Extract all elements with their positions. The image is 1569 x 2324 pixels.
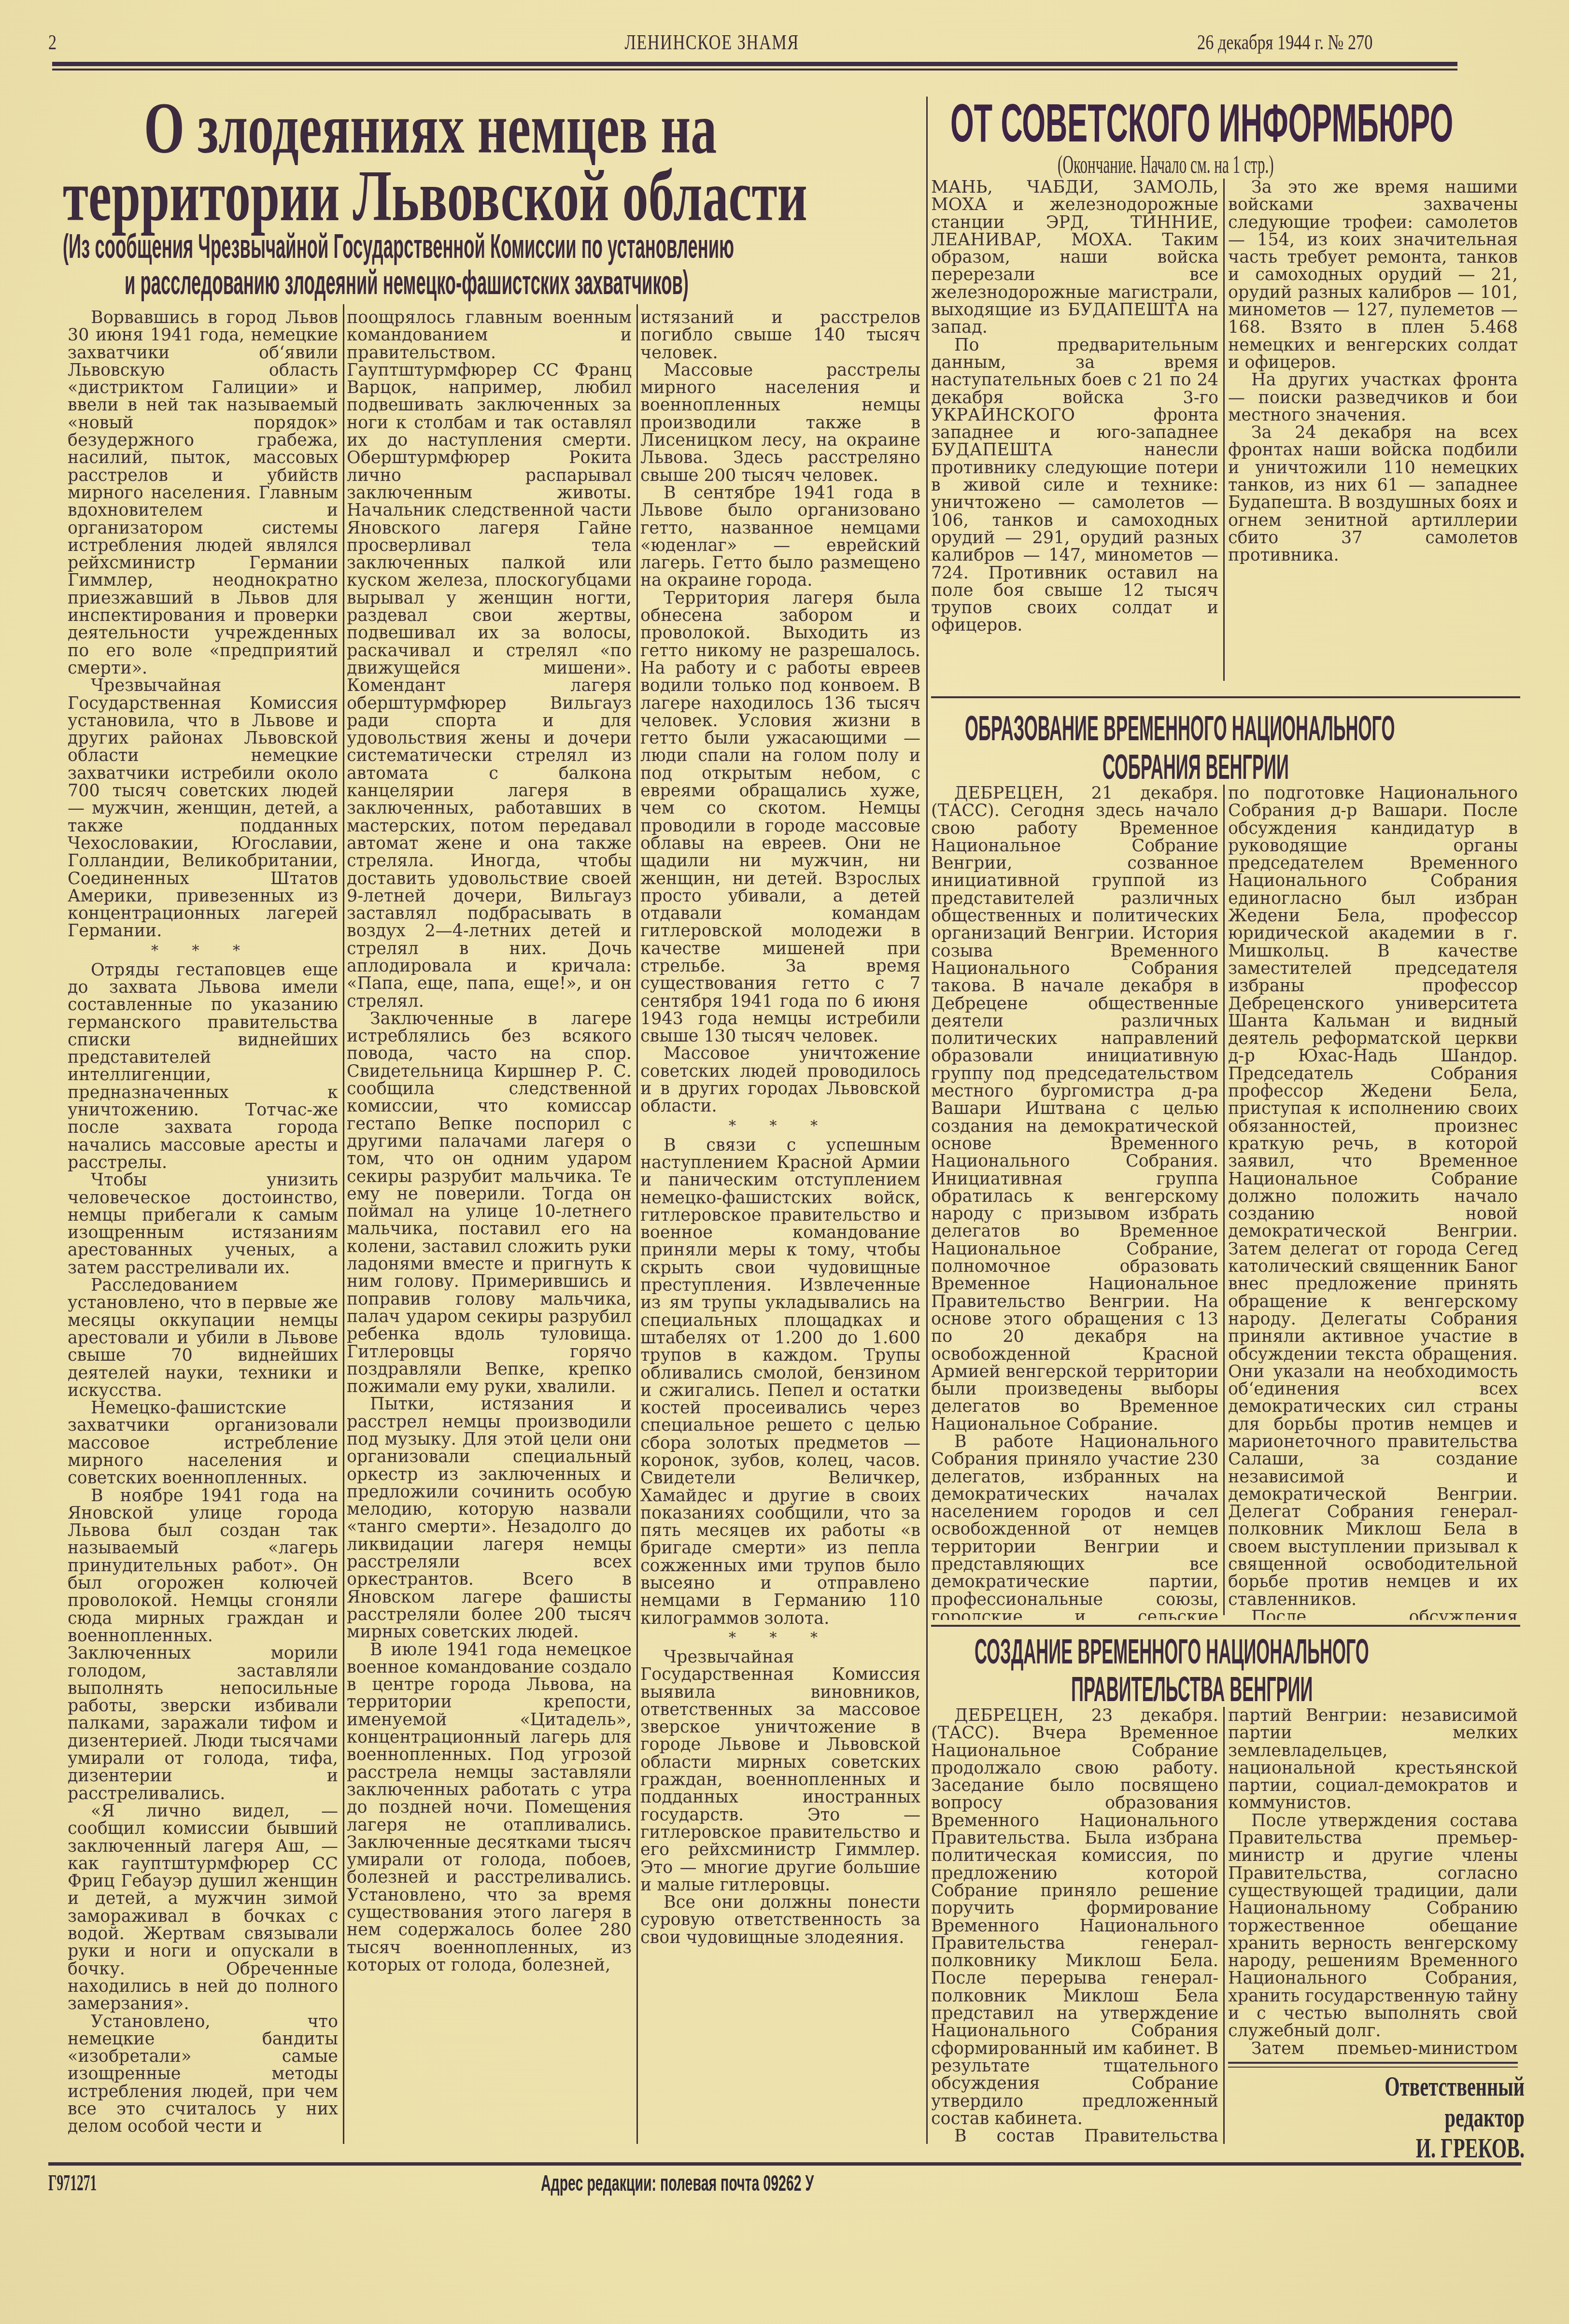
paragraph: Территория лагеря была обнесена забором …: [640, 590, 920, 1045]
paragraph: В работе Национального Собрания приняло …: [931, 1433, 1218, 1620]
paragraph: Пытки, истязания и расстрел немцы произв…: [347, 1395, 632, 1641]
column-divider: [1223, 179, 1225, 681]
assembly-column-2: по подготовке Национального Собрания д-р…: [1228, 785, 1518, 1620]
editorial-address: Адрес редакции: полевая почта 09262 У: [541, 2170, 814, 2196]
main-headline-line2: территории Львовской области: [63, 155, 807, 238]
government-column-2: партий Венгрии: независимой партии мелки…: [1228, 1707, 1518, 2055]
page-number: 2: [48, 30, 57, 55]
paragraph: На других участках фронта — поиски разве…: [1228, 371, 1518, 424]
column-divider: [343, 304, 344, 2144]
informburo-subheadline: (Окончание. Начало см. на 1 стр.): [1058, 151, 1274, 179]
paragraph: После обсуждения Временное Национальное …: [1228, 1608, 1518, 1620]
paragraph: Установлено, что немецкие бандиты «изобр…: [68, 2013, 338, 2136]
government-headline-line2: ПРАВИТЕЛЬСТВА ВЕНГРИИ: [1071, 1670, 1313, 1709]
paragraph: «Я лично видел, — сообщил комиссии бывши…: [68, 1803, 338, 2013]
informburo-column-1: МАНЬ, ЧАБДИ, ЗАМОЛЬ, МОХА и железнодорож…: [931, 179, 1218, 686]
column-divider: [1223, 785, 1225, 1615]
section-separator: * * *: [68, 943, 338, 958]
paragraph: В ноябре 1941 года на Яновской улице гор…: [68, 1487, 338, 1803]
paragraph: по подготовке Национального Собрания д-р…: [1228, 785, 1518, 1608]
assembly-column-1: ДЕБРЕЦЕН, 21 декабря. (ТАСС). Сегодня зд…: [931, 785, 1218, 1620]
newspaper-title: ЛЕНИНСКОЕ ЗНАМЯ: [624, 30, 799, 55]
paragraph: Отряды гестаповцев еще до захвата Львова…: [68, 961, 338, 1172]
paragraph: ДЕБРЕЦЕН, 23 декабря. (ТАСС). Вчера Врем…: [931, 1707, 1218, 2127]
section-separator: * * *: [640, 1630, 920, 1646]
paragraph: МАНЬ, ЧАБДИ, ЗАМОЛЬ, МОХА и железнодорож…: [931, 179, 1218, 337]
section-separator: * * *: [640, 1118, 920, 1134]
paragraph: Массовое уничтожение советских людей про…: [640, 1045, 920, 1115]
government-column-1: ДЕБРЕЦЕН, 23 декабря. (ТАСС). Вчера Врем…: [931, 1707, 1218, 2144]
masthead-rule-thick: [52, 62, 1457, 66]
column-divider: [1223, 1707, 1225, 2144]
informburo-column-2: За это же время нашими войсками захвачен…: [1228, 179, 1518, 686]
paragraph: Массовые расстрелы мирного населения и в…: [640, 362, 920, 484]
editor-block: Ответственный редактор И. ГРЕКОВ.: [1240, 2071, 1525, 2164]
paragraph: За это же время нашими войсками захвачен…: [1228, 179, 1518, 371]
issue-date: 26 декабря 1944 г. № 270: [1197, 30, 1372, 55]
paragraph: В связи с успешным наступлением Красной …: [640, 1137, 920, 1627]
main-article-column-2: поощрялось главным военным командованием…: [347, 309, 632, 2144]
masthead: 2 ЛЕНИНСКОЕ ЗНАМЯ 26 декабря 1944 г. № 2…: [48, 30, 1148, 59]
paragraph: Чрезвычайная Государственная Комиссия вы…: [640, 1648, 920, 1894]
print-code: Г971271: [48, 2170, 97, 2196]
main-article-column-1: Ворвавшись в город Львов 30 июня 1941 го…: [68, 309, 338, 2144]
paragraph: поощрялось главным военным командованием…: [347, 309, 632, 1010]
main-article-column-3: истязаний и расстрелов погибло свыше 140…: [640, 309, 920, 2144]
paragraph: Расследованием установлено, что в первые…: [68, 1277, 338, 1399]
paragraph: ДЕБРЕЦЕН, 21 декабря. (ТАСС). Сегодня зд…: [931, 785, 1218, 1433]
paragraph: Заключенные в лагере истреблялись без вс…: [347, 1010, 632, 1396]
paragraph: Чрезвычайная Государственная Комиссия ус…: [68, 677, 338, 940]
paragraph: истязаний и расстрелов погибло свыше 140…: [640, 309, 920, 362]
assembly-headline-line2: СОБРАНИЯ ВЕНГРИИ: [1103, 747, 1289, 787]
paragraph: Немецко-фашистские захватчики организова…: [68, 1399, 338, 1487]
paragraph: Затем премьер-министром была зачитана де…: [1228, 2040, 1518, 2055]
paragraph: Все они должны понести суровую ответстве…: [640, 1894, 920, 1946]
editor-rule-thin: [1228, 2067, 1518, 2068]
assembly-headline-line1: ОБРАЗОВАНИЕ ВРЕМЕННОГО НАЦИОНАЛЬНОГО: [965, 709, 1395, 748]
section-divider: [926, 97, 928, 2144]
main-subheadline-line2: и расследованию злодеяний немецко-фашист…: [125, 263, 689, 302]
main-subheadline-line1: (Из сообщения Чрезвычайной Государственн…: [63, 227, 734, 266]
section-rule: [931, 696, 1520, 698]
paragraph: В состав Правительства вошли видные пред…: [931, 2127, 1218, 2144]
newspaper-page: 2 ЛЕНИНСКОЕ ЗНАМЯ 26 декабря 1944 г. № 2…: [0, 0, 1569, 2324]
editor-name: И. ГРЕКОВ.: [1319, 2133, 1525, 2164]
paragraph: За 24 декабря на всех фронтах наши войск…: [1228, 424, 1518, 564]
masthead-rule-thin: [52, 69, 1457, 70]
footer-rule: [48, 2162, 1521, 2166]
paragraph: Ворвавшись в город Львов 30 июня 1941 го…: [68, 309, 338, 677]
column-divider: [636, 304, 638, 2144]
paragraph: В сентябре 1941 года в Львове было орган…: [640, 484, 920, 590]
paragraph: Чтобы унизить человеческое достоинство, …: [68, 1171, 338, 1277]
section-rule: [931, 1625, 1520, 1627]
paragraph: По предварительным данным, за время наст…: [931, 337, 1218, 634]
paragraph: партий Венгрии: независимой партии мелки…: [1228, 1707, 1518, 1812]
paragraph: После утверждения состава Правительства …: [1228, 1812, 1518, 2040]
government-headline-line1: СОЗДАНИЕ ВРЕМЕННОГО НАЦИОНАЛЬНОГО: [975, 1632, 1369, 1672]
editor-label: Ответственный редактор: [1319, 2071, 1525, 2133]
informburo-headline: ОТ СОВЕТСКОГО ИНФОРМБЮРО: [950, 92, 1453, 154]
editor-rule: [1228, 2062, 1518, 2064]
paragraph: В июле 1941 года немецкое военное команд…: [347, 1641, 632, 1974]
